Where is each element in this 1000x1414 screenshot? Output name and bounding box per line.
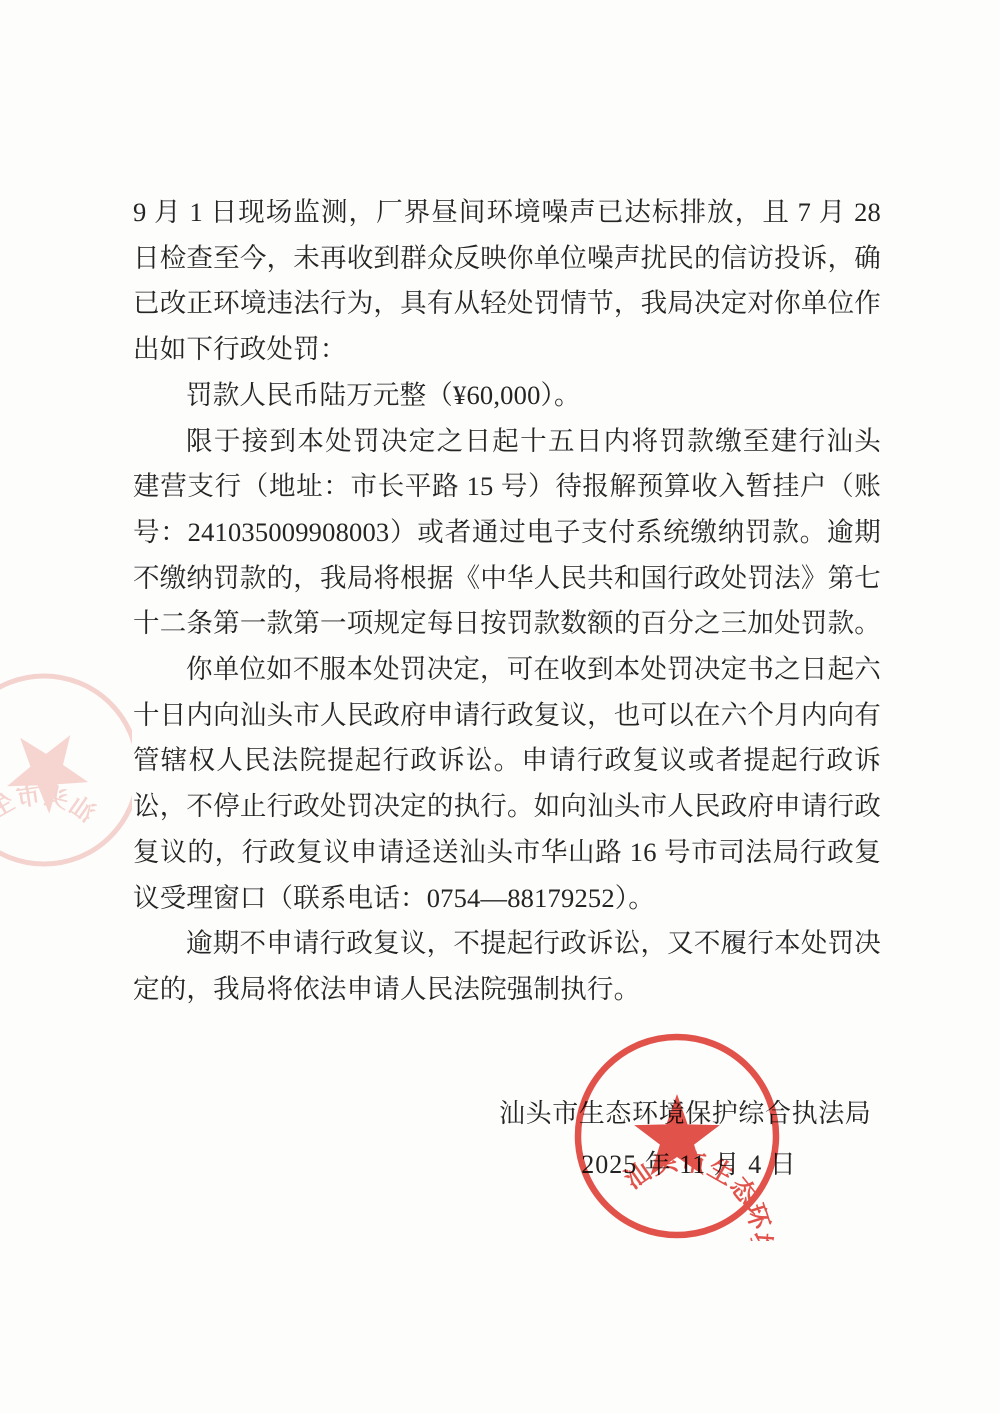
body-line: 逾期不申请行政复议，不提起行政诉讼，又不履行本处罚决 [133, 921, 881, 967]
body-line: 9 月 1 日现场监测，厂界昼间环境噪声已达标排放，且 7 月 28 [133, 190, 881, 236]
body-line: 定的，我局将依法申请人民法院强制执行。 [133, 967, 881, 1013]
body-line: 限于接到本处罚决定之日起十五日内将罚款缴至建行汕头 [133, 419, 881, 465]
body-line: 不缴纳罚款的，我局将根据《中华人民共和国行政处罚法》第七 [133, 556, 881, 602]
body-line: 讼，不停止行政处罚决定的执行。如向汕头市人民政府申请行政 [133, 784, 881, 830]
body-line: 你单位如不服本处罚决定，可在收到本处罚决定书之日起六 [133, 647, 881, 693]
issuing-agency-name: 汕头市生态环境保护综合执法局 [499, 1097, 865, 1131]
body-line: 复议的，行政复议申请迳送汕头市华山路 16 号市司法局行政复 [133, 830, 881, 876]
body-line-account-number: 号：241035009908003）或者通过电子支付系统缴纳罚款。逾期 [133, 510, 881, 556]
document-body: 9 月 1 日现场监测，厂界昼间环境噪声已达标排放，且 7 月 28 日检查至今… [133, 190, 881, 1013]
offset-seal-ring [0, 676, 132, 864]
issue-date: 2025 年 11 月 4 日 [513, 1148, 865, 1182]
document-page: 汕头市生态环境保护综合执法局 9 月 1 日现场监测，厂界昼间环境噪声已达标排放… [0, 0, 1000, 1414]
body-line: 出如下行政处罚： [133, 327, 881, 373]
body-line: 建营支行（地址：市长平路 15 号）待报解预算收入暂挂户（账 [133, 464, 881, 510]
signature-block: 汕头市生态环境保护综合执法局 2025 年 11 月 4 日 [499, 1097, 865, 1182]
body-line: 已改正环境违法行为，具有从轻处罚情节，我局决定对你单位作 [133, 281, 881, 327]
body-line-penalty-amount: 罚款人民币陆万元整（¥60,000）。 [133, 373, 881, 419]
body-line-contact-phone: 议受理窗口（联系电话：0754—88179252）。 [133, 876, 881, 922]
body-line: 十二条第一款第一项规定每日按罚款数额的百分之三加处罚款。 [133, 601, 881, 647]
body-line: 十日内向汕头市人民政府申请行政复议，也可以在六个月内向有 [133, 693, 881, 739]
offset-seal-ring-text: 汕头市生态环境保护综合执法局 [0, 782, 124, 880]
body-line: 管辖权人民法院提起行政诉讼。申请行政复议或者提起行政诉 [133, 738, 881, 784]
body-line: 日检查至今，未再收到群众反映你单位噪声扰民的信访投诉，确 [133, 236, 881, 282]
offset-seal-stamp: 汕头市生态环境保护综合执法局 [0, 658, 132, 880]
offset-seal-star [0, 713, 104, 822]
